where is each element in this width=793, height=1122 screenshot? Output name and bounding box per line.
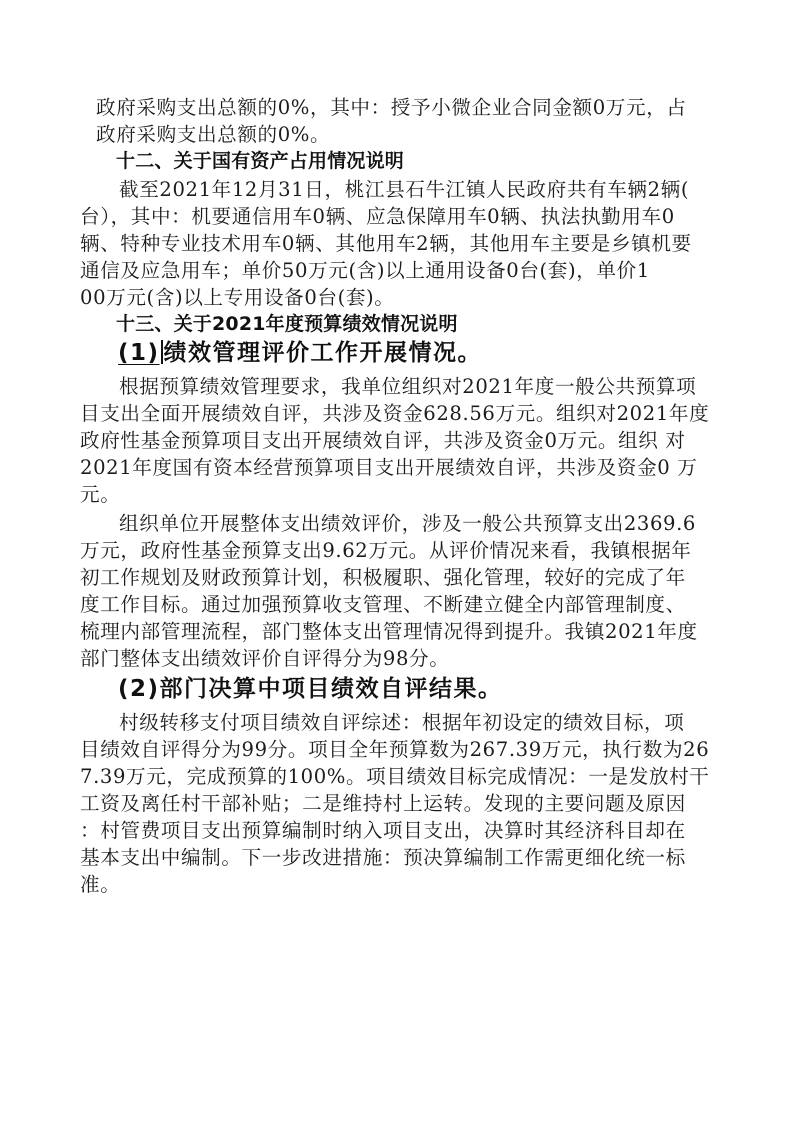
intro-line: 政府采购支出总额的0%，其中：授予小微企业合同金额0万元，占 — [96, 94, 687, 121]
sub2-para1-line: 目绩效自评得分为99分。项目全年预算数为267.39万元，执行数为26 — [80, 736, 709, 763]
subheading-1-number: (1) — [118, 340, 160, 366]
sub1-para2-line: 万元，政府性基金预算支出9.62万元。从评价情况来看，我镇根据年 — [80, 537, 691, 564]
sub1-para2-line: 组织单位开展整体支出绩效评价，涉及一般公共预算支出2369.6 — [119, 510, 696, 537]
sub1-para2-line: 初工作规划及财政预算计划，积极履职、强化管理，较好的完成了年 — [80, 564, 686, 591]
sub2-para1-line: 7.39万元，完成预算的100%。项目绩效目标完成情况：一是发放村干 — [80, 763, 709, 790]
sub1-para2-line: 度工作目标。通过加强预算收支管理、不断建立健全内部管理制度、 — [80, 591, 686, 618]
sub1-para1-line: 元。 — [80, 481, 120, 508]
sub2-para1-line: ：村管费项目支出预算编制时纳入项目支出，决算时其经济科目却在 — [80, 817, 686, 844]
sub1-para1-line: 政府性基金预算项目支出开展绩效自评，共涉及资金0万元。组织 对 — [80, 427, 686, 454]
sub1-para1-line: 2021年度国有资本经营预算项目支出开展绩效自评，共涉及资金0 万 — [80, 454, 697, 481]
section-12-line: 截至2021年12月31日，桃江县石牛江镇人民政府共有车辆2辆( — [119, 176, 689, 203]
subheading-2: (2)部门决算中项目绩效自评结果。 — [118, 673, 503, 705]
section-12-line: 台），其中：机要通信用车0辆、应急保障用车0辆、执法执勤用车0 — [80, 203, 675, 230]
sub2-para1-line: 准。 — [80, 871, 120, 898]
sub2-para1-line: 工资及离任村干部补贴；二是维持村上运转。发现的主要问题及原因 — [80, 790, 686, 817]
section-12-line: 00万元(含)以上专用设备0台(套)。 — [80, 284, 395, 311]
section-12-line: 通信及应急用车；单价50万元(含)以上通用设备0台(套)，单价1 — [80, 257, 650, 284]
section-13-heading: 十三、关于2021年度预算绩效情况说明 — [116, 311, 458, 338]
sub1-para2-line: 梳理内部管理流程，部门整体支出管理情况得到提升。我镇2021年度 — [80, 618, 698, 645]
subheading-1-title: 绩效管理评价工作开展情况。 — [164, 340, 483, 366]
intro-line: 政府采购支出总额的0%。 — [96, 121, 330, 148]
sub1-para1-line: 根据预算绩效管理要求，我单位组织对2021年度一般公共预算项 — [119, 373, 696, 400]
sub1-para2-line: 部门整体支出绩效评价自评得分为98分。 — [80, 645, 449, 672]
text-cursor — [161, 340, 163, 364]
subheading-1: (1)绩效管理评价工作开展情况。 — [118, 337, 482, 369]
sub2-para1-line: 村级转移支付项目绩效自评综述：根据年初设定的绩效目标，项 — [119, 709, 684, 736]
document-page: 政府采购支出总额的0%，其中：授予小微企业合同金额0万元，占 政府采购支出总额的… — [0, 0, 793, 1122]
section-12-line: 辆、特种专业技术用车0辆、其他用车2辆，其他用车主要是乡镇机要 — [80, 230, 692, 257]
section-12-heading: 十二、关于国有资产占用情况说明 — [116, 148, 404, 175]
sub2-para1-line: 基本支出中编制。下一步改进措施：预决算编制工作需更细化统一标 — [80, 844, 686, 871]
sub1-para1-line: 目支出全面开展绩效自评，共涉及资金628.56万元。组织对2021年度 — [80, 400, 709, 427]
